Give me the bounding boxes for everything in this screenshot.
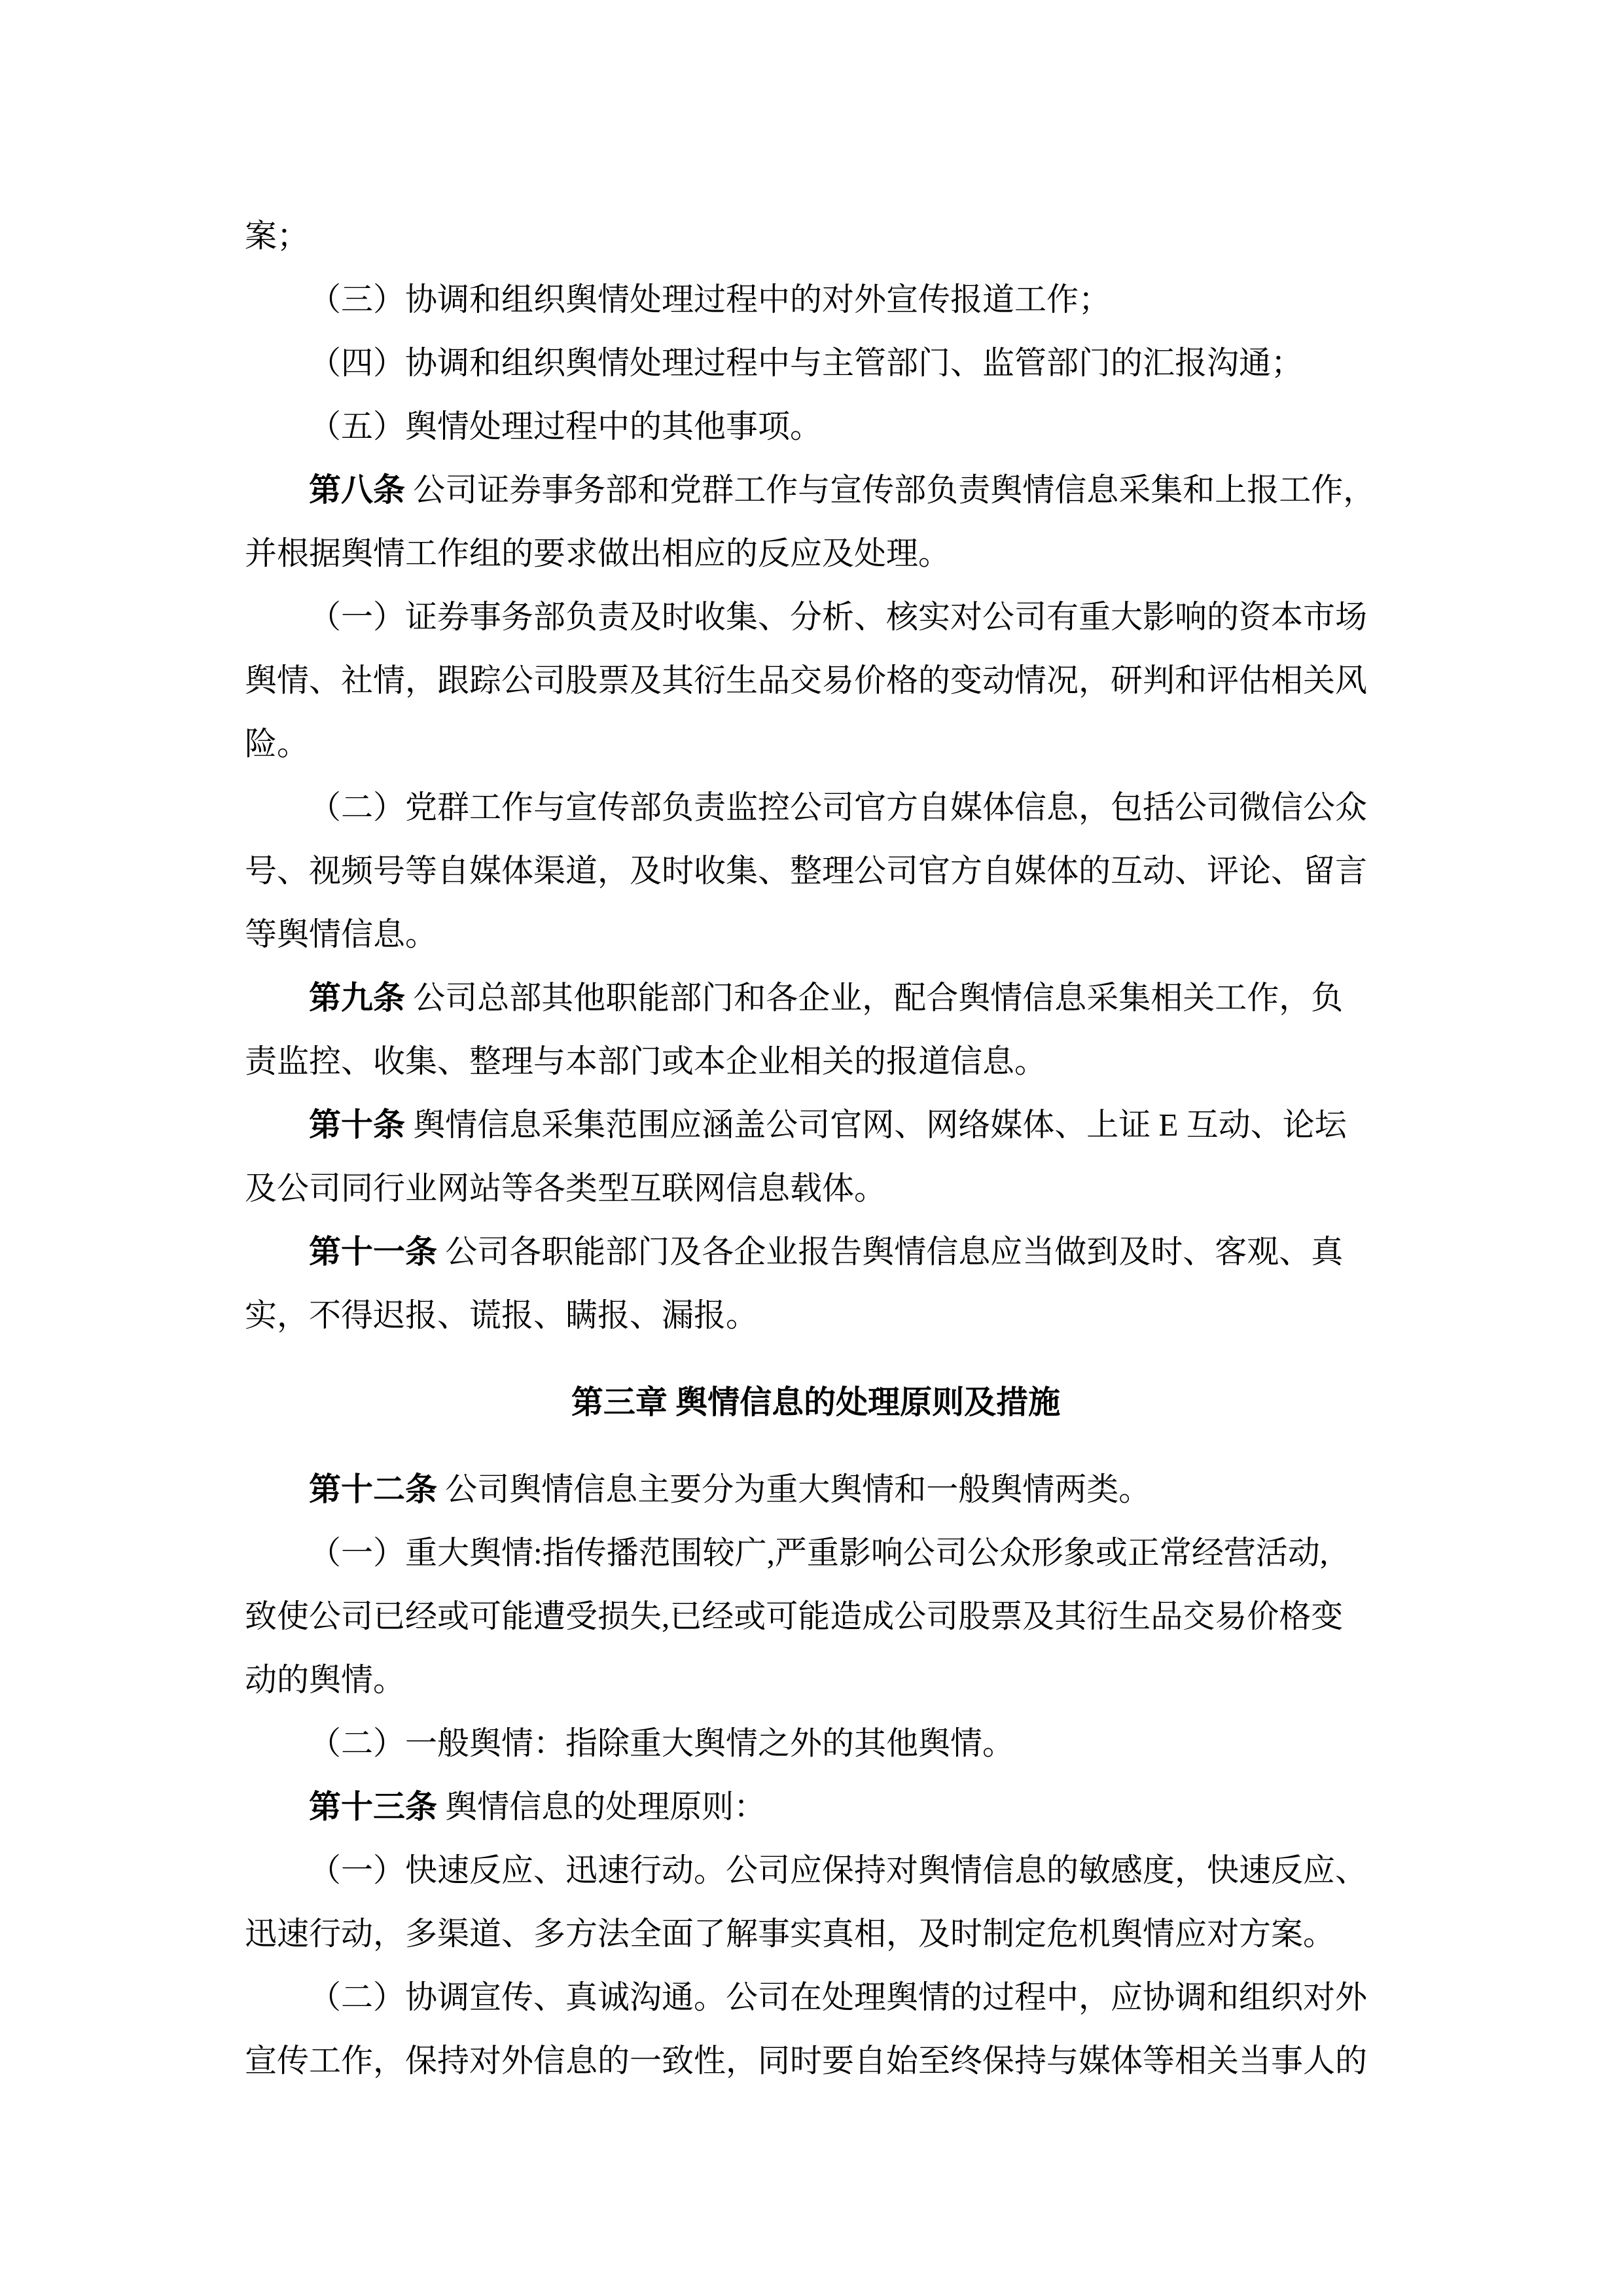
document-line: 动的舆情。 — [245, 1648, 1387, 1712]
document-line: （二）一般舆情：指除重大舆情之外的其他舆情。 — [245, 1712, 1387, 1775]
document-line: （四）协调和组织舆情处理过程中与主管部门、监管部门的汇报沟通； — [245, 331, 1387, 395]
bold-text-run: 第十条 — [309, 1107, 405, 1143]
text-run: 舆情信息采集范围应涵盖公司官网、网络媒体、上证 E 互动、论坛 — [405, 1107, 1347, 1143]
document-line: 等舆情信息。 — [245, 903, 1387, 966]
document-line: 案； — [245, 204, 1387, 268]
document-line: 第八条 公司证券事务部和党群工作与宣传部负责舆情信息采集和上报工作， — [245, 458, 1387, 522]
document-line: 责监控、收集、整理与本部门或本企业相关的报道信息。 — [245, 1030, 1387, 1093]
text-run: （一）重大舆情:指传播范围较广,严重影响公司公众形象或正常经营活动, — [309, 1535, 1328, 1571]
document-body: 案；（三）协调和组织舆情处理过程中的对外宣传报道工作；（四）协调和组织舆情处理过… — [245, 204, 1387, 2092]
text-run: （五）舆情处理过程中的其他事项。 — [309, 408, 822, 444]
text-run: 公司总部其他职能部门和各企业，配合舆情信息采集相关工作，负 — [405, 980, 1343, 1016]
document-line: （一）重大舆情:指传播范围较广,严重影响公司公众形象或正常经营活动, — [245, 1521, 1387, 1585]
text-run: （二）协调宣传、真诚沟通。公司在处理舆情的过程中，应协调和组织对外 — [309, 1979, 1367, 2015]
text-run: 宣传工作，保持对外信息的一致性，同时要自始至终保持与媒体等相关当事人的 — [245, 2043, 1367, 2079]
document-page: 案；（三）协调和组织舆情处理过程中的对外宣传报道工作；（四）协调和组织舆情处理过… — [0, 0, 1623, 2296]
document-line: 第十二条 公司舆情信息主要分为重大舆情和一般舆情两类。 — [245, 1458, 1387, 1521]
document-line: 致使公司已经或可能遭受损失,已经或可能造成公司股票及其衍生品交易价格变 — [245, 1585, 1387, 1648]
bold-text-run: 第十二条 — [309, 1471, 437, 1507]
bold-text-run: 第三章 舆情信息的处理原则及措施 — [571, 1384, 1060, 1420]
document-line: （五）舆情处理过程中的其他事项。 — [245, 395, 1387, 458]
document-line: （三）协调和组织舆情处理过程中的对外宣传报道工作； — [245, 268, 1387, 331]
bold-text-run: 第九条 — [309, 980, 405, 1016]
document-line: 第十一条 公司各职能部门及各企业报告舆情信息应当做到及时、客观、真 — [245, 1220, 1387, 1283]
text-run: 等舆情信息。 — [245, 916, 437, 952]
document-line: 第九条 公司总部其他职能部门和各企业，配合舆情信息采集相关工作，负 — [245, 966, 1387, 1030]
text-run: 并根据舆情工作组的要求做出相应的反应及处理。 — [245, 535, 950, 571]
document-line: （一）证券事务部负责及时收集、分析、核实对公司有重大影响的资本市场 — [245, 585, 1387, 649]
chapter-heading: 第三章 舆情信息的处理原则及措施 — [245, 1371, 1387, 1434]
text-run: 案； — [245, 218, 309, 254]
text-run: 迅速行动，多渠道、多方法全面了解事实真相，及时制定危机舆情应对方案。 — [245, 1916, 1335, 1952]
text-run: 号、视频号等自媒体渠道，及时收集、整理公司官方自媒体的互动、评论、留言 — [245, 853, 1367, 889]
text-run: 险。 — [245, 726, 309, 762]
text-run: 实，不得迟报、谎报、瞒报、漏报。 — [245, 1297, 758, 1333]
bold-text-run: 第十一条 — [309, 1234, 437, 1270]
text-run: （四）协调和组织舆情处理过程中与主管部门、监管部门的汇报沟通； — [309, 345, 1303, 381]
text-run: （二）一般舆情：指除重大舆情之外的其他舆情。 — [309, 1725, 1014, 1761]
document-line: 第十三条 舆情信息的处理原则： — [245, 1775, 1387, 1839]
document-line: 迅速行动，多渠道、多方法全面了解事实真相，及时制定危机舆情应对方案。 — [245, 1902, 1387, 1965]
text-run: 舆情信息的处理原则： — [437, 1789, 766, 1825]
document-line: （二）协调宣传、真诚沟通。公司在处理舆情的过程中，应协调和组织对外 — [245, 1965, 1387, 2029]
text-run: 动的舆情。 — [245, 1662, 405, 1698]
text-run: 公司舆情信息主要分为重大舆情和一般舆情两类。 — [437, 1471, 1150, 1507]
bold-text-run: 第十三条 — [309, 1789, 437, 1825]
text-run: （三）协调和组织舆情处理过程中的对外宣传报道工作； — [309, 281, 1111, 317]
document-line: 号、视频号等自媒体渠道，及时收集、整理公司官方自媒体的互动、评论、留言 — [245, 839, 1387, 903]
document-line: 第十条 舆情信息采集范围应涵盖公司官网、网络媒体、上证 E 互动、论坛 — [245, 1093, 1387, 1157]
document-line: 及公司同行业网站等各类型互联网信息载体。 — [245, 1157, 1387, 1220]
document-line: 险。 — [245, 712, 1387, 776]
document-line: 宣传工作，保持对外信息的一致性，同时要自始至终保持与媒体等相关当事人的 — [245, 2029, 1387, 2092]
document-line: 舆情、社情，跟踪公司股票及其衍生品交易价格的变动情况，研判和评估相关风 — [245, 649, 1387, 712]
bold-text-run: 第八条 — [309, 472, 405, 508]
text-run: 及公司同行业网站等各类型互联网信息载体。 — [245, 1170, 886, 1206]
document-line: （二）党群工作与宣传部负责监控公司官方自媒体信息，包括公司微信公众 — [245, 776, 1387, 839]
document-line: 实，不得迟报、谎报、瞒报、漏报。 — [245, 1283, 1387, 1347]
text-run: （一）证券事务部负责及时收集、分析、核实对公司有重大影响的资本市场 — [309, 599, 1367, 635]
text-run: 公司各职能部门及各企业报告舆情信息应当做到及时、客观、真 — [437, 1234, 1343, 1270]
text-run: 责监控、收集、整理与本部门或本企业相关的报道信息。 — [245, 1043, 1046, 1079]
document-line: （一）快速反应、迅速行动。公司应保持对舆情信息的敏感度，快速反应、 — [245, 1839, 1387, 1902]
text-run: 舆情、社情，跟踪公司股票及其衍生品交易价格的变动情况，研判和评估相关风 — [245, 662, 1367, 698]
text-run: 公司证券事务部和党群工作与宣传部负责舆情信息采集和上报工作， — [405, 472, 1375, 508]
text-run: （一）快速反应、迅速行动。公司应保持对舆情信息的敏感度，快速反应、 — [309, 1852, 1367, 1888]
text-run: （二）党群工作与宣传部负责监控公司官方自媒体信息，包括公司微信公众 — [309, 789, 1367, 825]
text-run: 致使公司已经或可能遭受损失,已经或可能造成公司股票及其衍生品交易价格变 — [245, 1598, 1343, 1634]
document-line: 并根据舆情工作组的要求做出相应的反应及处理。 — [245, 522, 1387, 585]
